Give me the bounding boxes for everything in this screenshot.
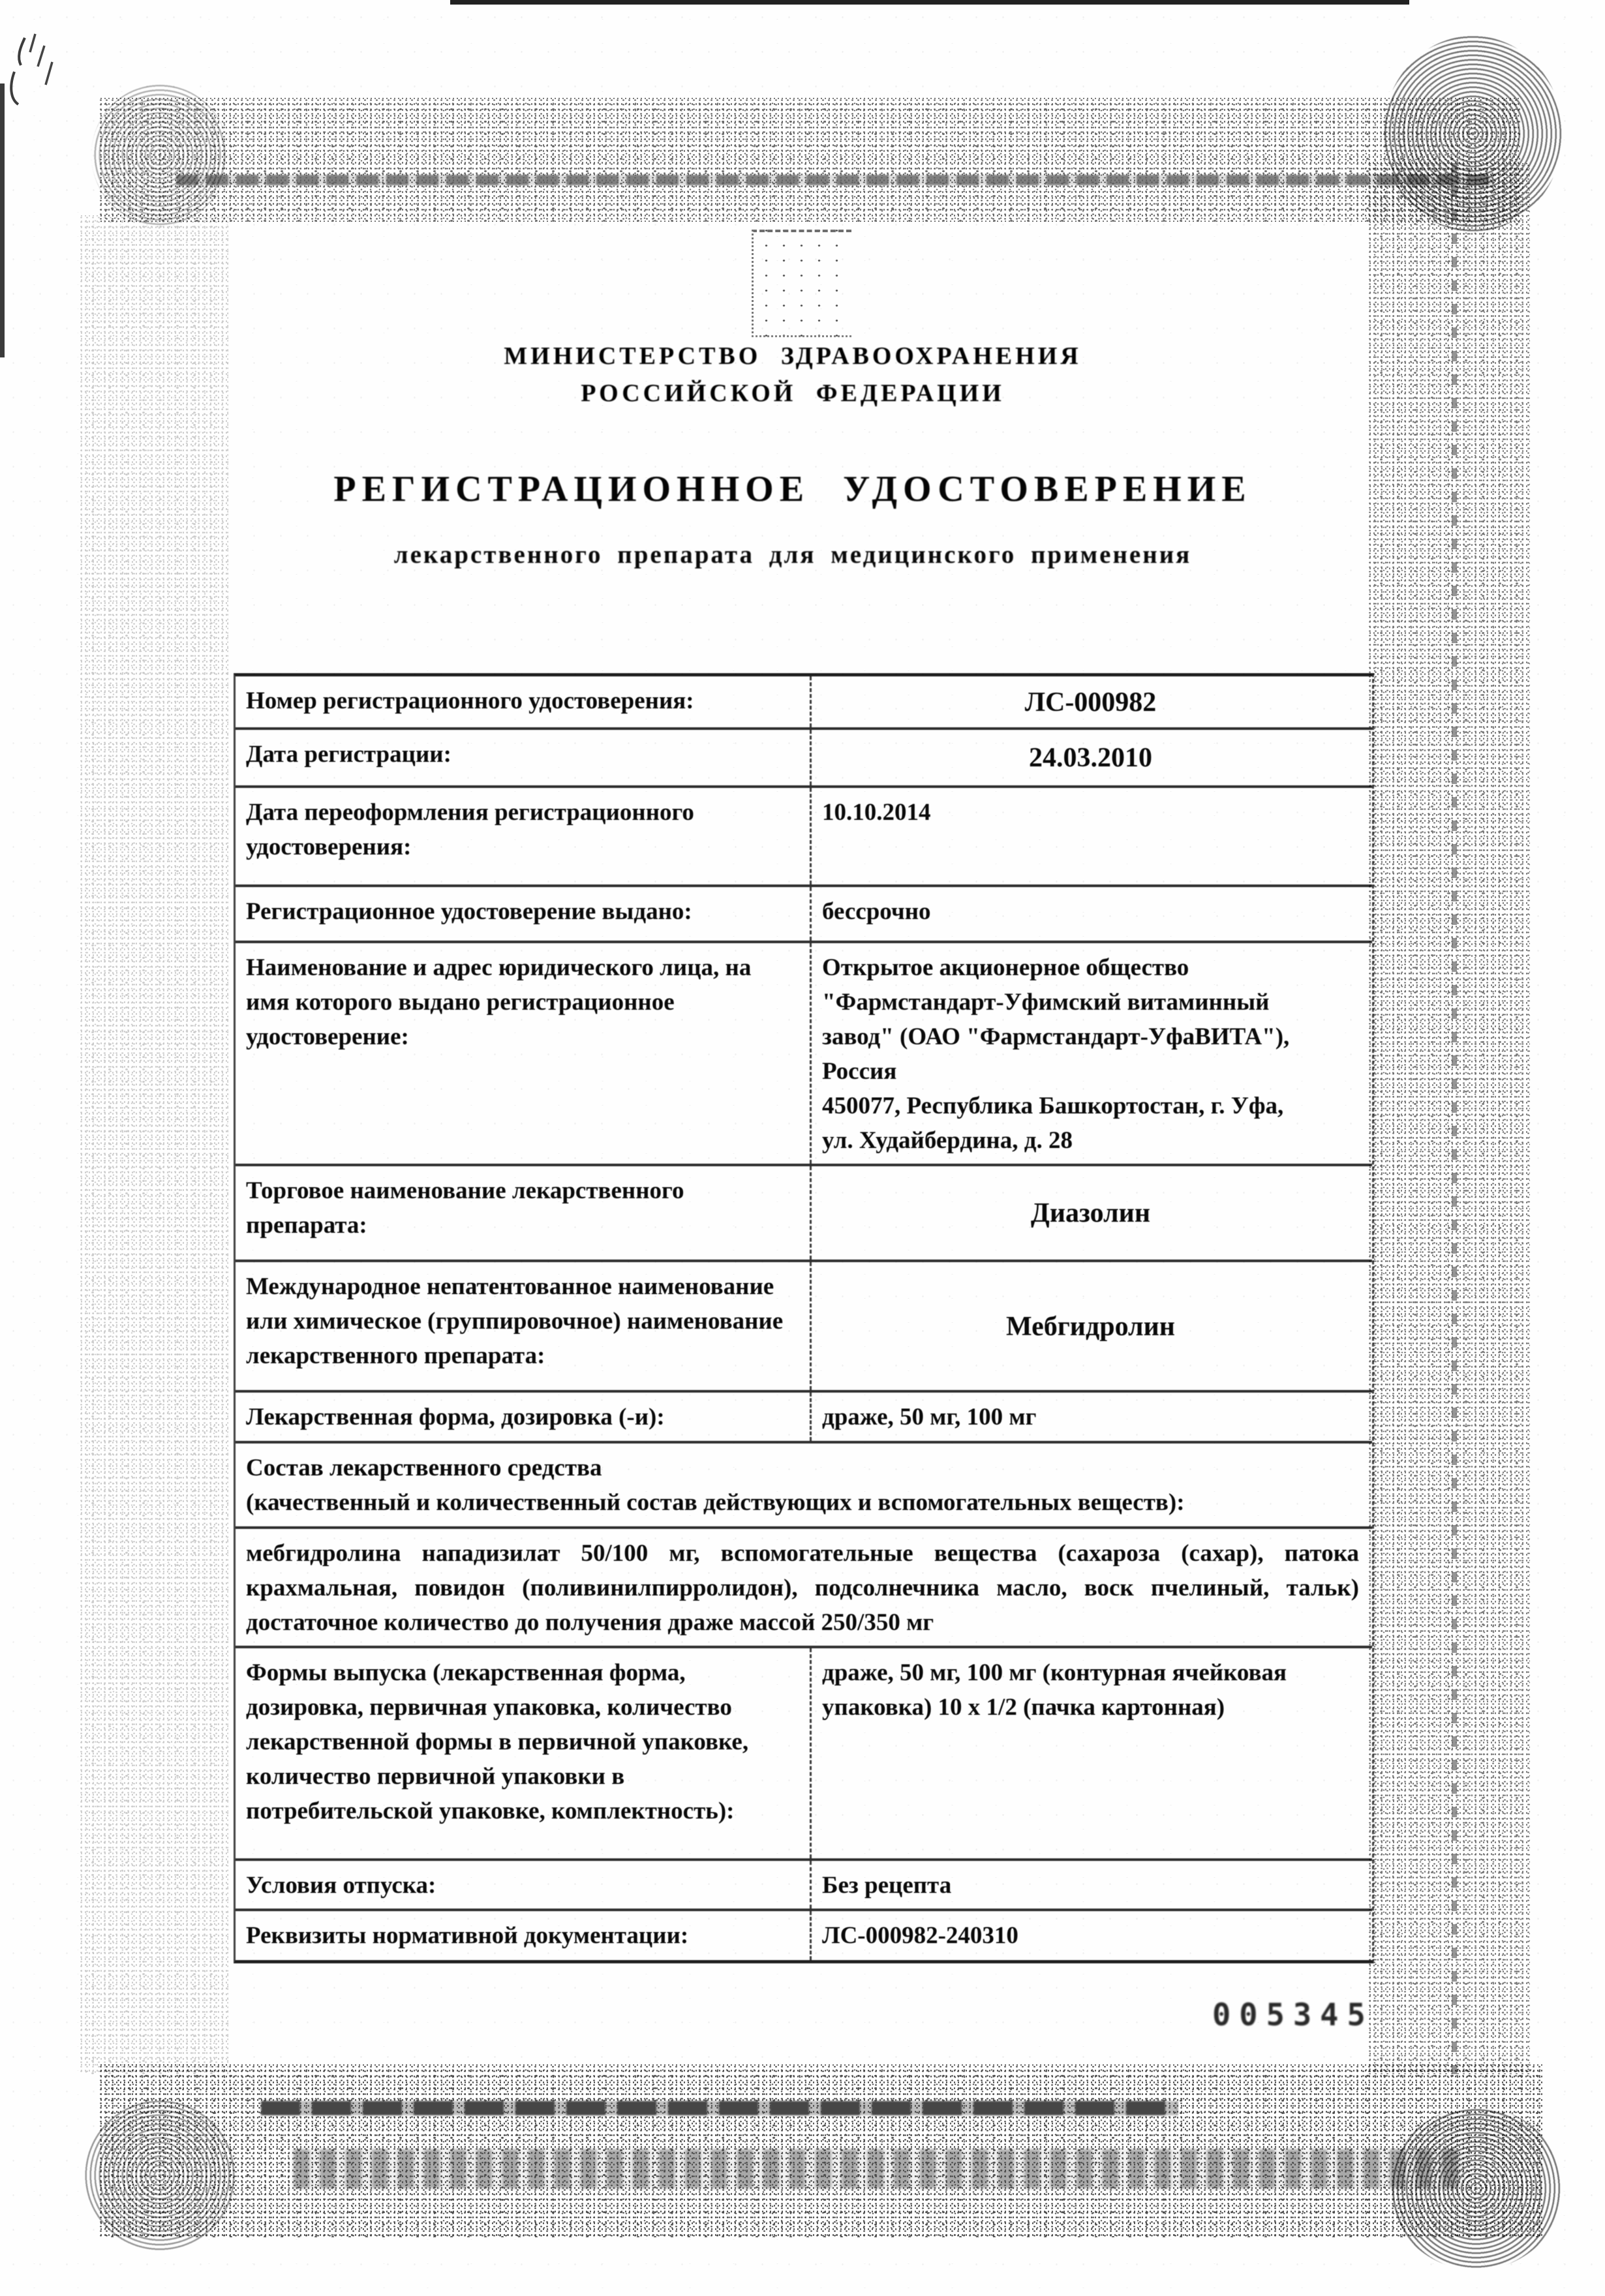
table-cell-label: Формы выпуска (лекарственная форма, дози… <box>236 1648 810 1858</box>
table-cell-label: Реквизиты нормативной документации: <box>236 1911 810 1960</box>
table-cell-value: Диазолин <box>810 1166 1372 1260</box>
table-cell-label: Номер регистрационного удостоверения: <box>236 676 810 727</box>
table-cell-value: 10.10.2014 <box>810 788 1372 884</box>
table-row: Международное непатентованное наименован… <box>236 1260 1372 1390</box>
table-cell-value: ЛС-000982 <box>810 676 1372 727</box>
ministry-line2: РОССИЙСКОЙ ФЕДЕРАЦИИ <box>137 375 1448 412</box>
table-cell-value: ЛС-000982-240310 <box>810 1911 1372 1960</box>
corner-ornament-bottom-left <box>85 2100 235 2250</box>
table-row: Реквизиты нормативной документации:ЛС-00… <box>236 1909 1372 1960</box>
table-row: Условия отпуска:Без рецепта <box>236 1858 1372 1909</box>
scanned-certificate-page: МИНИСТЕРСТВО ЗДРАВООХРАНЕНИЯ РОССИЙСКОЙ … <box>0 0 1605 2296</box>
document-subtitle: лекарственного препарата для медицинског… <box>137 540 1448 569</box>
table-cell-text: Состав лекарственного средства (качестве… <box>236 1443 1372 1526</box>
table-row: Состав лекарственного средства (качестве… <box>236 1441 1372 1526</box>
decorative-border-top <box>98 98 1520 222</box>
scanner-edge-top <box>450 0 1409 5</box>
table-cell-value: бессрочно <box>810 887 1372 941</box>
table-cell-value: драже, 50 мг, 100 мг <box>810 1393 1372 1441</box>
table-cell-label: Дата переоформления регистрационного удо… <box>236 788 810 884</box>
table-row: Регистрационное удостоверение выдано:бес… <box>236 884 1372 941</box>
table-cell-label: Регистрационное удостоверение выдано: <box>236 887 810 941</box>
table-cell-label: Лекарственная форма, дозировка (-и): <box>236 1393 810 1441</box>
ministry-header: МИНИСТЕРСТВО ЗДРАВООХРАНЕНИЯ РОССИЙСКОЙ … <box>137 338 1448 412</box>
table-cell-text: мебгидролина нападизилат 50/100 мг, вспо… <box>236 1529 1372 1646</box>
pen-marks <box>7 26 117 140</box>
document-title: РЕГИСТРАЦИОННОЕ УДОСТОВЕРЕНИЕ <box>137 468 1448 510</box>
table-cell-value: Мебгидролин <box>810 1262 1372 1390</box>
table-cell-label: Условия отпуска: <box>236 1861 810 1909</box>
emblem-smudge <box>752 230 851 337</box>
table-cell-label: Торговое наименование лекарственного пре… <box>236 1166 810 1260</box>
table-cell-label: Наименование и адрес юридического лица, … <box>236 943 810 1164</box>
decorative-border-bottom <box>98 2064 1543 2237</box>
table-cell-label: Дата регистрации: <box>236 730 810 785</box>
serial-number: 005345 <box>1212 1997 1374 2033</box>
table-row: Торговое наименование лекарственного пре… <box>236 1164 1372 1260</box>
scanner-edge-left <box>0 83 5 357</box>
table-cell-value: Без рецепта <box>810 1861 1372 1909</box>
table-row: Дата переоформления регистрационного удо… <box>236 785 1372 884</box>
table-cell-value: 24.03.2010 <box>810 730 1372 785</box>
table-cell-value: Открытое акционерное общество "Фармстанд… <box>810 943 1372 1164</box>
corner-ornament-bottom-right <box>1390 2107 1563 2270</box>
table-row: мебгидролина нападизилат 50/100 мг, вспо… <box>236 1526 1372 1646</box>
table-cell-label: Международное непатентованное наименован… <box>236 1262 810 1390</box>
decorative-border-right <box>1367 163 1530 2074</box>
ministry-line1: МИНИСТЕРСТВО ЗДРАВООХРАНЕНИЯ <box>137 338 1448 375</box>
table-row: Дата регистрации:24.03.2010 <box>236 727 1372 785</box>
table-row: Лекарственная форма, дозировка (-и):драж… <box>236 1390 1372 1441</box>
table-row: Формы выпуска (лекарственная форма, дози… <box>236 1646 1372 1858</box>
table-row: Номер регистрационного удостоверения:ЛС-… <box>236 676 1372 727</box>
corner-ornament-top-right <box>1383 36 1563 232</box>
table-cell-value: драже, 50 мг, 100 мг (контурная ячейкова… <box>810 1648 1372 1858</box>
table-row: Наименование и адрес юридического лица, … <box>236 941 1372 1164</box>
registration-table: Номер регистрационного удостоверения:ЛС-… <box>234 673 1374 1963</box>
